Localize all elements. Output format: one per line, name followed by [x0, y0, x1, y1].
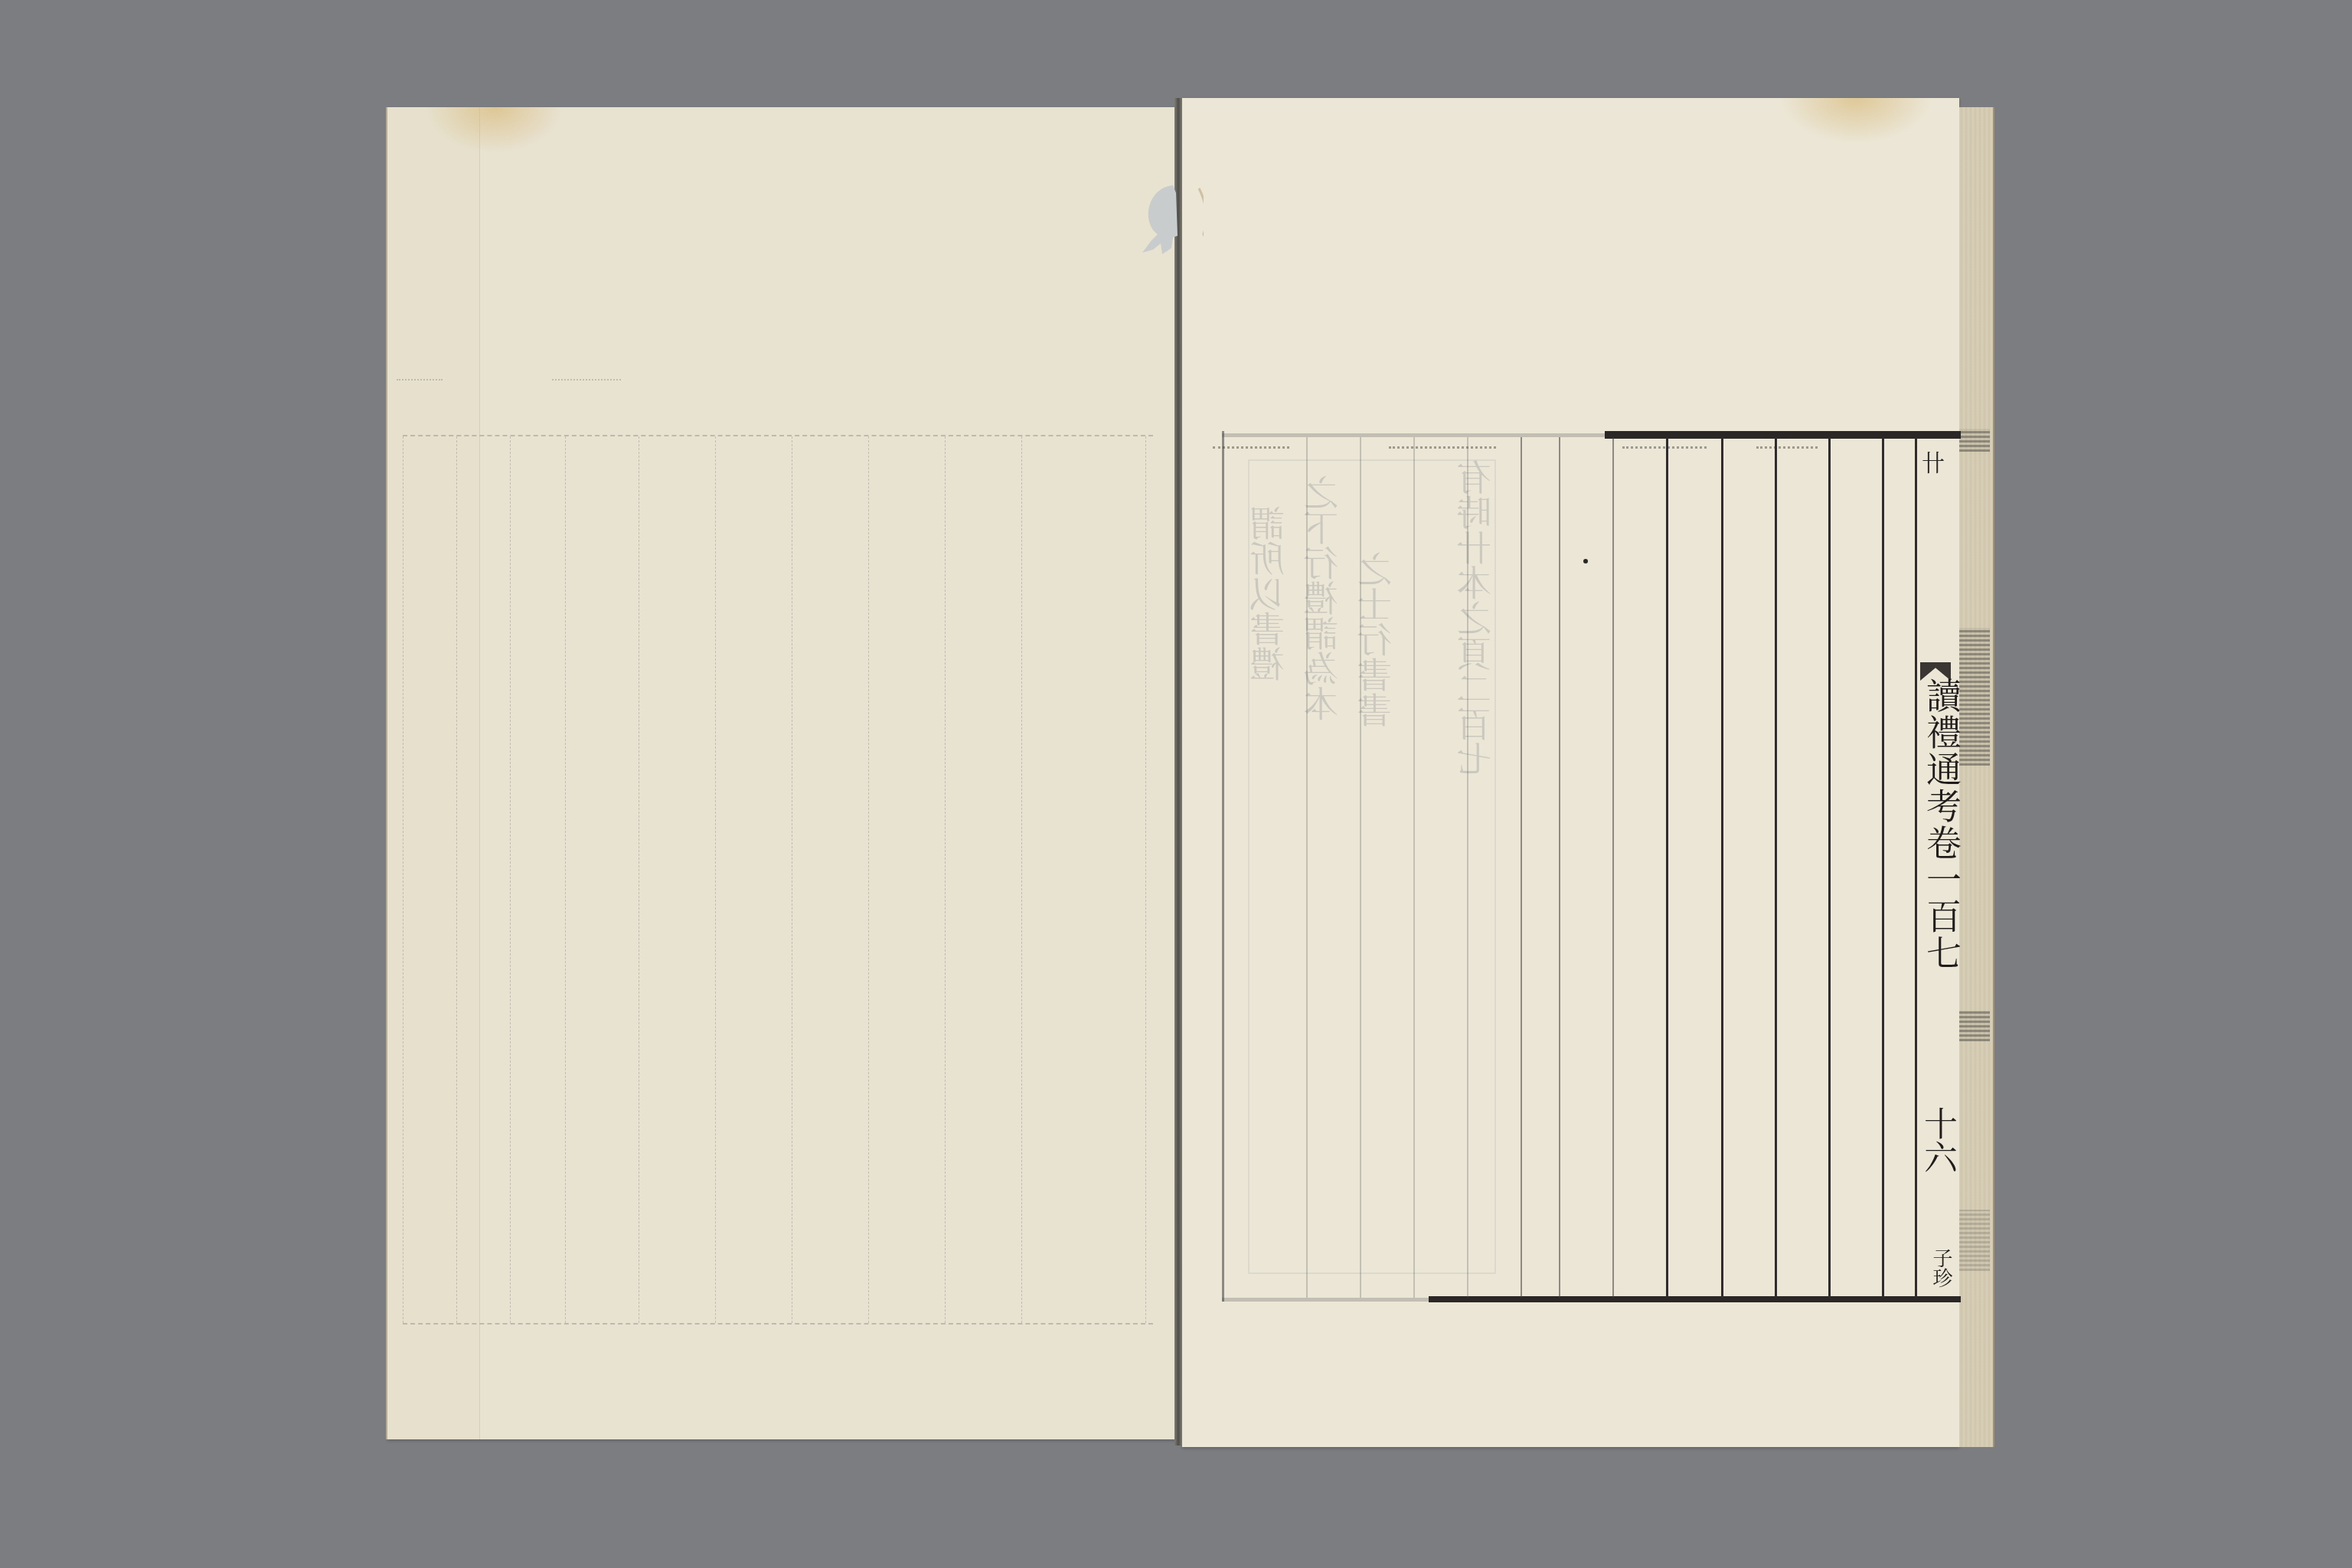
column-rule — [1306, 437, 1308, 1298]
frame-bottom — [1429, 1296, 1961, 1302]
left-rule — [639, 436, 639, 1323]
column-rule — [1612, 437, 1614, 1298]
foxing-stain — [1779, 98, 1932, 144]
left-rule — [403, 436, 403, 1323]
wormhole-icon — [1119, 178, 1204, 262]
column-rule — [1360, 437, 1361, 1298]
column-rule — [1882, 437, 1884, 1298]
column-rule — [1467, 437, 1468, 1298]
column-rule — [1775, 437, 1777, 1298]
left-rule — [715, 436, 716, 1323]
column-rule — [1721, 437, 1723, 1298]
left-rule — [456, 436, 457, 1323]
book-spread: 謂所以書禮 之下行禮謂為本 之士行書書 有時卄本之頁二百七 卄 讀禮通考卷一百七… — [0, 0, 2352, 1568]
left-frame-bottom — [403, 1323, 1153, 1326]
foxing-stain — [426, 107, 563, 153]
paste-strip — [387, 107, 479, 1439]
frame-top — [1605, 431, 1961, 439]
left-rule — [792, 436, 792, 1323]
banxin-column: 卄 讀禮通考卷一百七 十六 子珍 — [1914, 429, 1975, 1302]
banxin-top-mark: 卄 — [1922, 444, 1945, 478]
frame-bottom-faded — [1222, 1298, 1429, 1302]
printed-frame — [1222, 431, 1984, 1302]
frame-left — [1222, 431, 1224, 1302]
column-rule — [1559, 437, 1560, 1298]
folio-number: 十六 — [1923, 1106, 1962, 1174]
left-page — [387, 107, 1176, 1439]
column-rule — [1666, 437, 1668, 1298]
left-rule — [945, 436, 946, 1323]
column-rule — [1521, 437, 1522, 1298]
carver-name: 子珍 — [1925, 1248, 1955, 1288]
gutter — [1174, 98, 1182, 1445]
left-rule — [565, 436, 566, 1323]
left-rule — [510, 436, 511, 1323]
ghost-mark — [552, 379, 621, 403]
column-rule — [1413, 437, 1415, 1298]
column-rule — [1828, 437, 1831, 1298]
left-rule — [1145, 436, 1146, 1323]
ghost-mark — [397, 379, 443, 403]
left-frame-top — [403, 435, 1153, 438]
left-rule — [868, 436, 869, 1323]
left-rule — [1021, 436, 1022, 1323]
banxin-title: 讀禮通考卷一百七 — [1919, 678, 1965, 972]
paste-strip-edge — [479, 107, 480, 1439]
